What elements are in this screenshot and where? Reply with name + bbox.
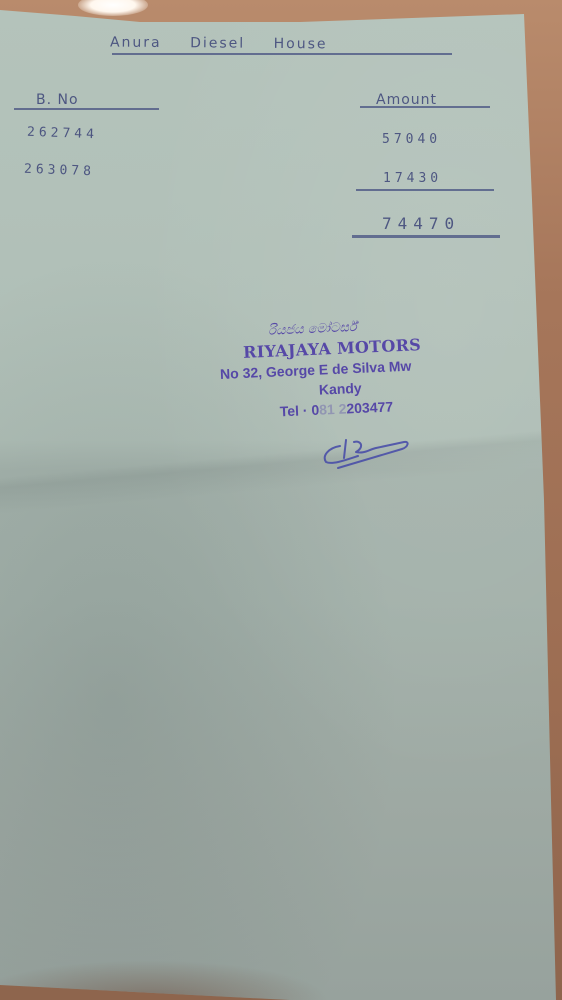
title-underline [112,53,452,55]
tel-digits: 203477 [346,398,393,416]
paper-fold-shading [0,0,562,1000]
bill-no-header-underline [14,108,159,110]
tel-label: Tel · 0 [279,402,319,420]
amount-header-underline [360,106,490,108]
receipt-paper: Anura Diesel House B. No 262744 263078 A… [0,0,562,1000]
bill-no-cell: 263078 [24,162,95,179]
total-amount: 74470 [382,214,460,233]
tel-faded-digits: 81 2 [319,400,347,417]
subtotal-line [356,189,494,191]
stamp-city: Kandy [319,380,362,398]
signature-icon [318,432,413,472]
document-title: Anura Diesel House [110,34,455,53]
total-double-underline [352,235,500,238]
bill-no-header: B. No [36,92,79,108]
amount-cell: 17430 [383,171,442,186]
amount-cell: 57040 [382,132,441,147]
bill-no-cell: 262744 [27,125,98,142]
